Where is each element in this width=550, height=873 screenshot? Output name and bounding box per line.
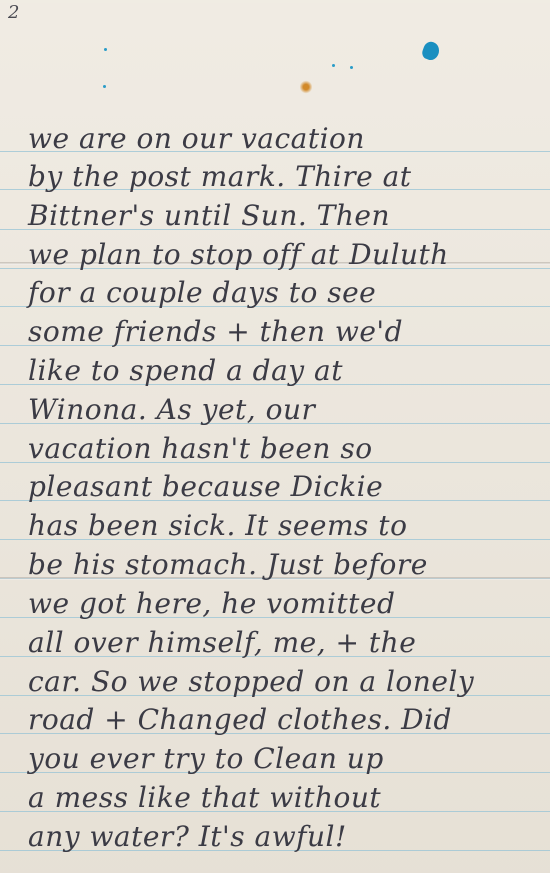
text-line: a mess like that without — [28, 781, 544, 815]
text-line: pleasant because Dickie — [28, 470, 544, 504]
rust-stain — [300, 80, 312, 94]
text-line: we plan to stop off at Duluth — [28, 238, 544, 272]
text-line: by the post mark. Thire at — [28, 160, 544, 194]
text-line: any water? It's awful! — [28, 820, 544, 854]
text-line: Bittner's until Sun. Then — [28, 199, 544, 233]
ink-speck — [350, 66, 353, 69]
page-number: 2 — [8, 2, 19, 23]
text-line: like to spend a day at — [28, 354, 544, 388]
text-line: for a couple days to see — [28, 276, 544, 310]
ink-blot — [420, 40, 441, 62]
text-line: car. So we stopped on a lonely — [28, 665, 544, 699]
text-line: Winona. As yet, our — [28, 393, 544, 427]
text-line: you ever try to Clean up — [28, 742, 544, 776]
text-line: be his stomach. Just before — [28, 548, 544, 582]
text-line: vacation hasn't been so — [28, 432, 544, 466]
text-line: has been sick. It seems to — [28, 509, 544, 543]
ink-speck — [103, 85, 106, 88]
text-line: all over himself, me, + the — [28, 626, 544, 660]
letter-page: 2 we are on our vacation by the post mar… — [0, 0, 550, 873]
text-line: we got here, he vomitted — [28, 587, 544, 621]
text-line: some friends + then we'd — [28, 315, 544, 349]
text-line: road + Changed clothes. Did — [28, 703, 544, 737]
ink-speck — [332, 64, 335, 67]
text-line: we are on our vacation — [28, 122, 544, 156]
ink-speck — [104, 48, 107, 51]
